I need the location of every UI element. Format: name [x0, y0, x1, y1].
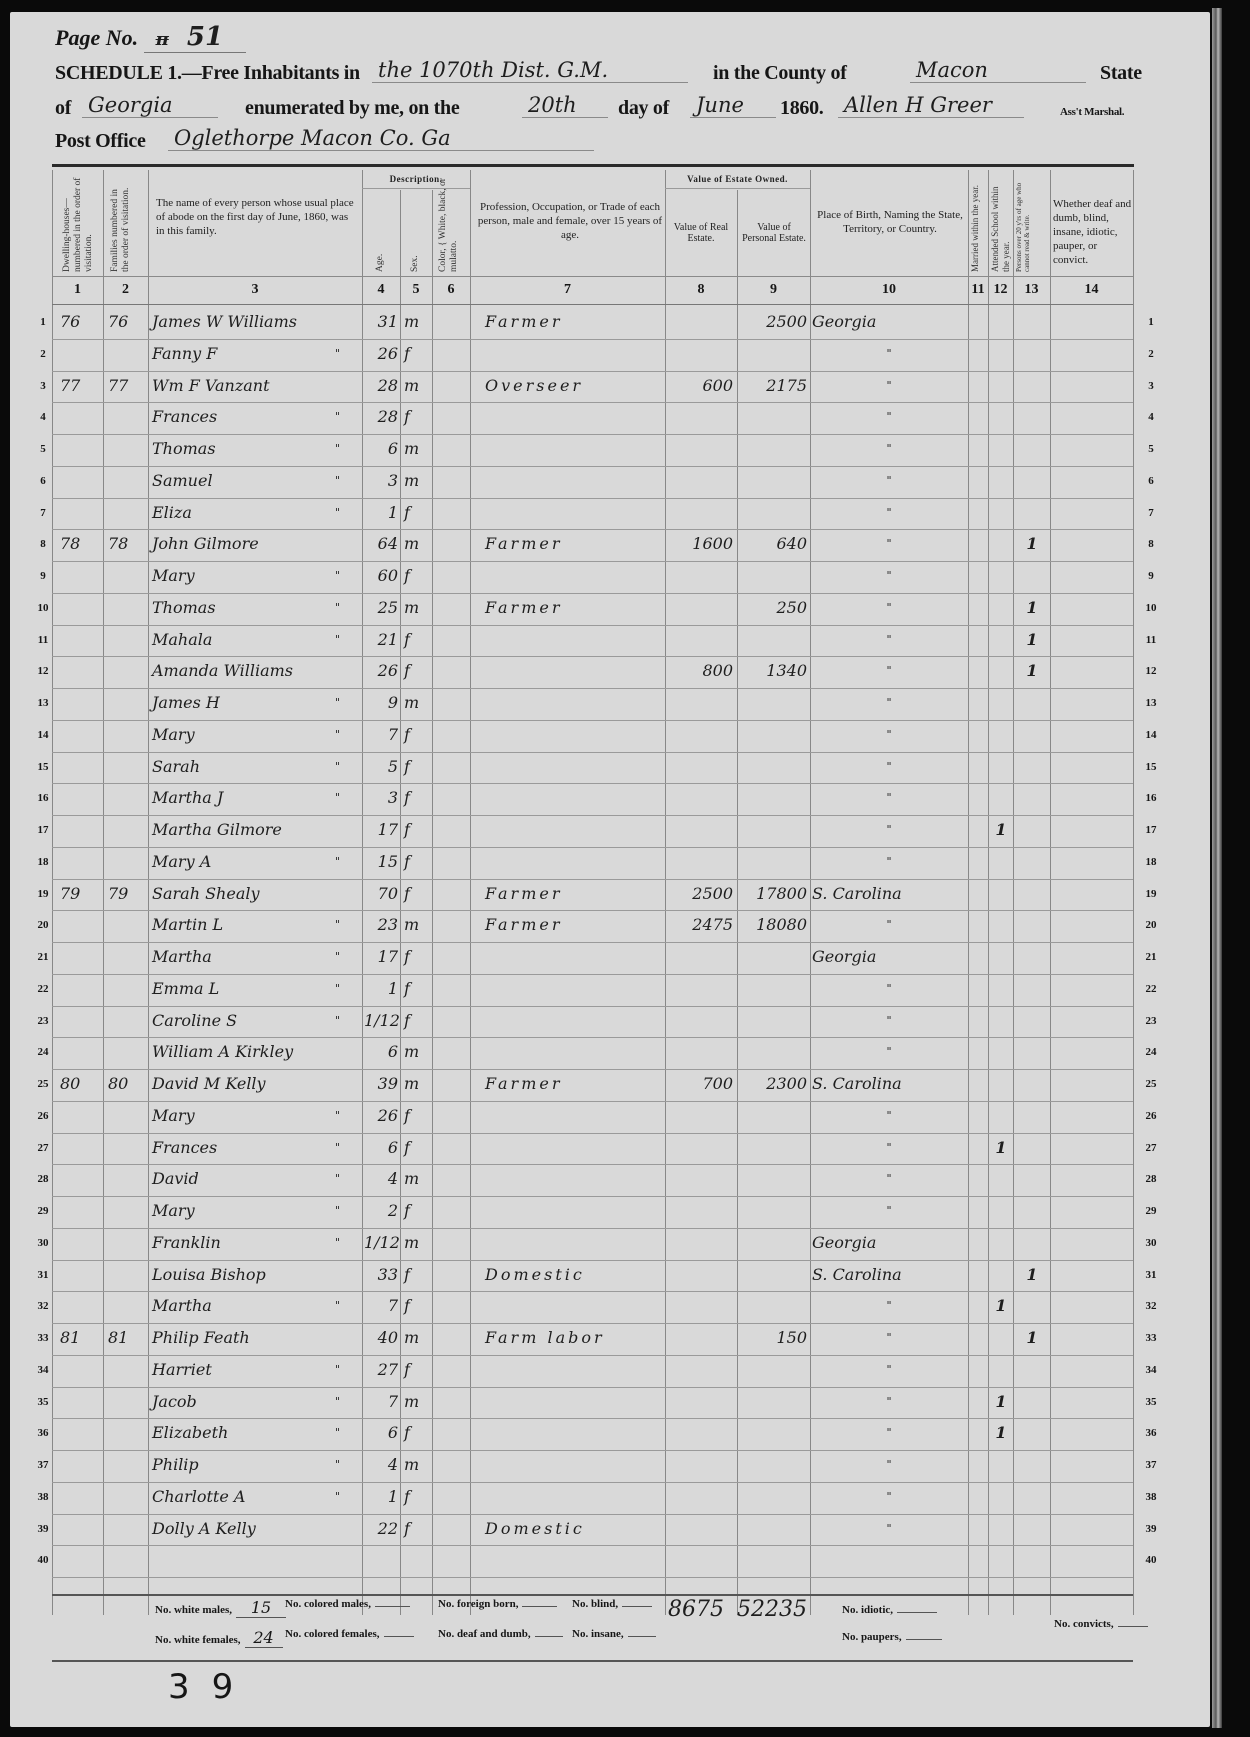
personal-estate-value — [739, 688, 807, 718]
real-estate-value — [667, 1196, 733, 1226]
family-number — [108, 1101, 148, 1131]
sex: f — [404, 974, 430, 1004]
age: 6 — [364, 1133, 398, 1163]
row-number-right: 21 — [1140, 942, 1162, 972]
dwelling-number — [60, 815, 100, 845]
personal-estate-value — [739, 1545, 807, 1575]
row-number-left: 26 — [32, 1101, 54, 1131]
personal-estate-value — [739, 942, 807, 972]
attended-school — [990, 529, 1012, 559]
place-of-birth: " — [812, 593, 966, 623]
name-ditto: " — [335, 1133, 355, 1163]
dwelling-number — [60, 402, 100, 432]
name-ditto: " — [335, 1355, 355, 1385]
personal-estate-value — [739, 974, 807, 1004]
real-estate-value — [667, 1387, 733, 1417]
family-number — [108, 1355, 148, 1385]
dwelling-number — [60, 434, 100, 464]
age: 7 — [364, 1387, 398, 1417]
row-number-right: 13 — [1140, 688, 1162, 718]
sex: f — [404, 1101, 430, 1131]
place-of-birth: " — [812, 466, 966, 496]
sex: f — [404, 656, 430, 686]
cannot-read-write: 1 — [1015, 1260, 1049, 1290]
real-estate-value — [667, 1514, 733, 1544]
family-number — [108, 1037, 148, 1067]
occupation — [485, 1006, 660, 1036]
occupation — [485, 561, 660, 591]
name-ditto: " — [335, 910, 355, 940]
family-number — [108, 656, 148, 686]
occupation: Domestic — [485, 1260, 660, 1290]
sex: m — [404, 307, 430, 337]
sex: m — [404, 1164, 430, 1194]
page-number-line: Page No. π 51 — [55, 22, 246, 53]
post-office-field: Oglethorpe Macon Co. Ga — [168, 126, 594, 151]
place-of-birth: " — [812, 847, 966, 877]
row-number-left: 1 — [32, 307, 54, 337]
col14-header: Whether deaf and dumb, blind, insane, id… — [1053, 197, 1133, 267]
attended-school — [990, 1260, 1012, 1290]
sex: f — [404, 1133, 430, 1163]
col7-header: Profession, Occupation, or Trade of each… — [475, 200, 665, 242]
person-name: Eliza — [152, 498, 327, 528]
dwelling-number — [60, 783, 100, 813]
dwelling-number — [60, 498, 100, 528]
personal-estate-value — [739, 1418, 807, 1448]
family-number — [108, 910, 148, 940]
name-ditto: " — [335, 1164, 355, 1194]
age: 1 — [364, 1482, 398, 1512]
row-number-left: 15 — [32, 752, 54, 782]
dwelling-number — [60, 561, 100, 591]
day-field: 20th — [522, 93, 608, 118]
sex: f — [404, 1514, 430, 1544]
name-ditto: " — [335, 1196, 355, 1226]
occupation: Farmer — [485, 1069, 660, 1099]
post-office-label: Post Office — [55, 130, 146, 153]
dwelling-number — [60, 1260, 100, 1290]
person-name: Franklin — [152, 1228, 327, 1258]
person-name: Mary — [152, 720, 327, 750]
column-number: 11 — [968, 282, 988, 298]
place-of-birth: " — [812, 752, 966, 782]
column-number: 6 — [432, 282, 470, 298]
personal-estate-value — [739, 1355, 807, 1385]
personal-estate-value — [739, 1482, 807, 1512]
real-estate-value — [667, 1260, 733, 1290]
row-number-left: 27 — [32, 1133, 54, 1163]
sex: f — [404, 879, 430, 909]
age: 39 — [364, 1069, 398, 1099]
column-rule — [1050, 170, 1051, 1615]
column-rule — [810, 170, 811, 1615]
family-number — [108, 1514, 148, 1544]
occupation — [485, 1037, 660, 1067]
family-number — [108, 1291, 148, 1321]
age: 25 — [364, 593, 398, 623]
real-estate-value — [667, 783, 733, 813]
age: 26 — [364, 339, 398, 369]
attended-school — [990, 1323, 1012, 1353]
place-of-birth: " — [812, 1101, 966, 1131]
attended-school — [990, 466, 1012, 496]
header-rule — [52, 276, 1133, 277]
dwelling-number — [60, 910, 100, 940]
column-number: 1 — [52, 282, 103, 298]
place-of-birth: " — [812, 688, 966, 718]
column-rule — [432, 190, 433, 1615]
district-field: the 1070th Dist. G.M. — [372, 58, 688, 83]
cannot-read-write — [1015, 1355, 1049, 1385]
column-rule — [470, 170, 471, 1615]
row-number-left: 6 — [32, 466, 54, 496]
personal-estate-value — [739, 1164, 807, 1194]
person-name: Martha Gilmore — [152, 815, 327, 845]
age: 6 — [364, 1418, 398, 1448]
real-estate-value — [667, 1418, 733, 1448]
dwelling-number — [60, 1482, 100, 1512]
name-ditto — [335, 1514, 355, 1544]
place-of-birth: " — [812, 815, 966, 845]
age: 17 — [364, 942, 398, 972]
row-number-right: 3 — [1140, 371, 1162, 401]
cannot-read-write — [1015, 1482, 1049, 1512]
column-number: 7 — [470, 282, 665, 298]
sex: m — [404, 910, 430, 940]
occupation — [485, 1482, 660, 1512]
occupation — [485, 656, 660, 686]
dwelling-number — [60, 625, 100, 655]
name-ditto: " — [335, 1006, 355, 1036]
attended-school — [990, 1545, 1012, 1575]
county-field: Macon — [910, 58, 1086, 83]
header-subrule — [665, 188, 810, 189]
occupation: Farmer — [485, 879, 660, 909]
sex: m — [404, 1323, 430, 1353]
row-number-right: 39 — [1140, 1514, 1162, 1544]
dwelling-number: 77 — [60, 371, 100, 401]
occupation — [485, 752, 660, 782]
name-ditto: " — [335, 1291, 355, 1321]
name-ditto: " — [335, 942, 355, 972]
name-ditto: " — [335, 498, 355, 528]
place-of-birth: " — [812, 371, 966, 401]
family-number — [108, 720, 148, 750]
row-number-left: 37 — [32, 1450, 54, 1480]
real-estate-value — [667, 1545, 733, 1575]
sex: f — [404, 815, 430, 845]
place-of-birth: " — [812, 1387, 966, 1417]
column-number: 4 — [362, 282, 400, 298]
attended-school — [990, 656, 1012, 686]
real-estate-value — [667, 1450, 733, 1480]
row-number-left: 31 — [32, 1260, 54, 1290]
person-name: Frances — [152, 1133, 327, 1163]
sex: f — [404, 847, 430, 877]
place-of-birth: " — [812, 498, 966, 528]
column-rule — [400, 190, 401, 1615]
person-name: William A Kirkley — [152, 1037, 327, 1067]
occupation: Farmer — [485, 910, 660, 940]
row-number-right: 33 — [1140, 1323, 1162, 1353]
attended-school — [990, 434, 1012, 464]
name-ditto — [335, 529, 355, 559]
person-name: Mahala — [152, 625, 327, 655]
cannot-read-write — [1015, 720, 1049, 750]
real-estate-value — [667, 625, 733, 655]
age: 60 — [364, 561, 398, 591]
place-of-birth: " — [812, 910, 966, 940]
person-name: Martha — [152, 1291, 327, 1321]
name-ditto: " — [335, 783, 355, 813]
age: 22 — [364, 1514, 398, 1544]
personal-estate-value — [739, 1387, 807, 1417]
cannot-read-write — [1015, 561, 1049, 591]
cannot-read-write — [1015, 1101, 1049, 1131]
age: 9 — [364, 688, 398, 718]
row-number-left: 33 — [32, 1323, 54, 1353]
place-of-birth: " — [812, 1482, 966, 1512]
sex: f — [404, 942, 430, 972]
person-name: David — [152, 1164, 327, 1194]
day-of-label: day of — [618, 97, 669, 120]
dwelling-number — [60, 1196, 100, 1226]
cannot-read-write: 1 — [1015, 529, 1049, 559]
occupation — [485, 402, 660, 432]
col1-header: Dwelling-houses—numbered in the order of… — [62, 176, 92, 272]
col6-header: Color, { White, black, or mulatto. — [438, 178, 468, 272]
table-bottom-rule — [52, 1594, 1133, 1596]
row-number-right: 19 — [1140, 879, 1162, 909]
row-number-right: 11 — [1140, 625, 1162, 655]
person-name: Sarah — [152, 752, 327, 782]
column-rule — [665, 170, 666, 1615]
cannot-read-write — [1015, 688, 1049, 718]
dwelling-number — [60, 974, 100, 1004]
attended-school — [990, 1069, 1012, 1099]
personal-estate-value — [739, 1228, 807, 1258]
personal-estate-value — [739, 466, 807, 496]
real-estate-value — [667, 593, 733, 623]
idiotic-summary: No. idiotic, — [842, 1604, 937, 1616]
place-of-birth: " — [812, 974, 966, 1004]
occupation — [485, 1355, 660, 1385]
age: 15 — [364, 847, 398, 877]
column-number: 10 — [810, 282, 968, 298]
age: 3 — [364, 783, 398, 813]
sex — [404, 1545, 430, 1575]
person-name: Frances — [152, 402, 327, 432]
cannot-read-write — [1015, 1545, 1049, 1575]
row-number-right: 32 — [1140, 1291, 1162, 1321]
age: 1/12 — [364, 1228, 398, 1258]
dwelling-number — [60, 720, 100, 750]
cannot-read-write — [1015, 434, 1049, 464]
family-number — [108, 1133, 148, 1163]
row-number-left: 5 — [32, 434, 54, 464]
attended-school — [990, 1101, 1012, 1131]
col9-header: Value of Personal Estate. — [739, 222, 809, 244]
place-of-birth: " — [812, 1514, 966, 1544]
age: 1 — [364, 974, 398, 1004]
row-number-right: 34 — [1140, 1355, 1162, 1385]
dwelling-number — [60, 1514, 100, 1544]
col2-header: Families numbered in the order of visita… — [110, 176, 140, 272]
person-name: Jacob — [152, 1387, 327, 1417]
personal-estate-value — [739, 339, 807, 369]
real-estate-value: 2500 — [667, 879, 733, 909]
age: 28 — [364, 402, 398, 432]
dwelling-number — [60, 593, 100, 623]
attended-school — [990, 1006, 1012, 1036]
attended-school — [990, 1196, 1012, 1226]
personal-estate-value — [739, 561, 807, 591]
row-number-left: 40 — [32, 1545, 54, 1575]
place-of-birth: " — [812, 1164, 966, 1194]
family-number — [108, 1387, 148, 1417]
cannot-read-write — [1015, 339, 1049, 369]
row-number-right: 14 — [1140, 720, 1162, 750]
marshal-field: Allen H Greer — [838, 93, 1024, 118]
personal-estate-value — [739, 1037, 807, 1067]
occupation — [485, 1291, 660, 1321]
occupation — [485, 434, 660, 464]
column-rule — [737, 190, 738, 1615]
cannot-read-write — [1015, 307, 1049, 337]
family-number — [108, 1228, 148, 1258]
name-ditto — [335, 815, 355, 845]
sex: f — [404, 498, 430, 528]
colored-males-summary: No. colored males, — [285, 1598, 410, 1610]
real-estate-value — [667, 466, 733, 496]
name-ditto: " — [335, 1101, 355, 1131]
age: 21 — [364, 625, 398, 655]
occupation: Farmer — [485, 529, 660, 559]
cannot-read-write — [1015, 879, 1049, 909]
name-ditto: " — [335, 561, 355, 591]
dwelling-number — [60, 1291, 100, 1321]
sex: m — [404, 466, 430, 496]
place-of-birth: S. Carolina — [812, 879, 966, 909]
month-field: June — [690, 93, 776, 118]
attended-school — [990, 593, 1012, 623]
row-number-left: 25 — [32, 1069, 54, 1099]
cannot-read-write — [1015, 1228, 1049, 1258]
attended-school — [990, 910, 1012, 940]
name-ditto — [335, 1545, 355, 1575]
family-number — [108, 1418, 148, 1448]
column-number: 9 — [737, 282, 810, 298]
name-ditto — [335, 656, 355, 686]
row-number-right: 5 — [1140, 434, 1162, 464]
cannot-read-write: 1 — [1015, 1323, 1049, 1353]
person-name: Mary A — [152, 847, 327, 877]
personal-estate-value — [739, 625, 807, 655]
cannot-read-write — [1015, 1164, 1049, 1194]
family-number — [108, 593, 148, 623]
col13-header: Persons over 20 y'rs of age who cannot r… — [1015, 174, 1045, 272]
age: 6 — [364, 434, 398, 464]
name-ditto: " — [335, 974, 355, 1004]
person-name: Martha J — [152, 783, 327, 813]
family-number — [108, 1450, 148, 1480]
enumerated-label: enumerated by me, on the — [245, 97, 459, 120]
sex: m — [404, 434, 430, 464]
attended-school — [990, 307, 1012, 337]
occupation — [485, 942, 660, 972]
person-name: Sarah Shealy — [152, 879, 327, 909]
age: 26 — [364, 656, 398, 686]
name-ditto: " — [335, 593, 355, 623]
place-of-birth — [812, 1545, 966, 1575]
dwelling-number: 76 — [60, 307, 100, 337]
name-ditto — [335, 1069, 355, 1099]
family-number — [108, 625, 148, 655]
occupation: Overseer — [485, 371, 660, 401]
sex: f — [404, 1291, 430, 1321]
real-estate-value: 2475 — [667, 910, 733, 940]
dwelling-number — [60, 1387, 100, 1417]
dwelling-number — [60, 1037, 100, 1067]
name-ditto — [335, 371, 355, 401]
row-number-right: 36 — [1140, 1418, 1162, 1448]
place-of-birth: " — [812, 1291, 966, 1321]
scan-border-left — [0, 0, 10, 1737]
place-of-birth: Georgia — [812, 1228, 966, 1258]
column-rule — [103, 170, 104, 1615]
person-name: Fanny F — [152, 339, 327, 369]
real-estate-value — [667, 1006, 733, 1036]
name-ditto — [335, 1037, 355, 1067]
col5-header: Sex. — [410, 240, 422, 272]
blind-summary: No. blind, — [572, 1598, 652, 1610]
row-number-left: 12 — [32, 656, 54, 686]
occupation — [485, 720, 660, 750]
name-ditto — [335, 307, 355, 337]
occupation: Domestic — [485, 1514, 660, 1544]
personal-estate-value — [739, 783, 807, 813]
family-number: 76 — [108, 307, 148, 337]
cannot-read-write — [1015, 1133, 1049, 1163]
name-ditto: " — [335, 847, 355, 877]
cannot-read-write: 1 — [1015, 656, 1049, 686]
occupation — [485, 1164, 660, 1194]
personal-estate-value: 1340 — [739, 656, 807, 686]
attended-school: 1 — [990, 1418, 1012, 1448]
sex: f — [404, 1355, 430, 1385]
place-of-birth: Georgia — [812, 942, 966, 972]
white-males-summary: No. white males,15 — [155, 1598, 286, 1618]
dwelling-number: 79 — [60, 879, 100, 909]
convicts-summary: No. convicts, — [1054, 1618, 1148, 1630]
row-number-left: 24 — [32, 1037, 54, 1067]
column-number: 2 — [103, 282, 148, 298]
personal-estate-value — [739, 1514, 807, 1544]
person-name: Thomas — [152, 593, 327, 623]
sex: m — [404, 688, 430, 718]
column-rule — [1013, 170, 1014, 1615]
name-ditto: " — [335, 434, 355, 464]
row-number-right: 27 — [1140, 1133, 1162, 1163]
person-name: Thomas — [152, 434, 327, 464]
family-number — [108, 783, 148, 813]
family-number: 80 — [108, 1069, 148, 1099]
place-of-birth: " — [812, 1037, 966, 1067]
place-of-birth: " — [812, 529, 966, 559]
marshal-label: Ass't Marshal. — [1060, 106, 1124, 118]
name-ditto: " — [335, 339, 355, 369]
